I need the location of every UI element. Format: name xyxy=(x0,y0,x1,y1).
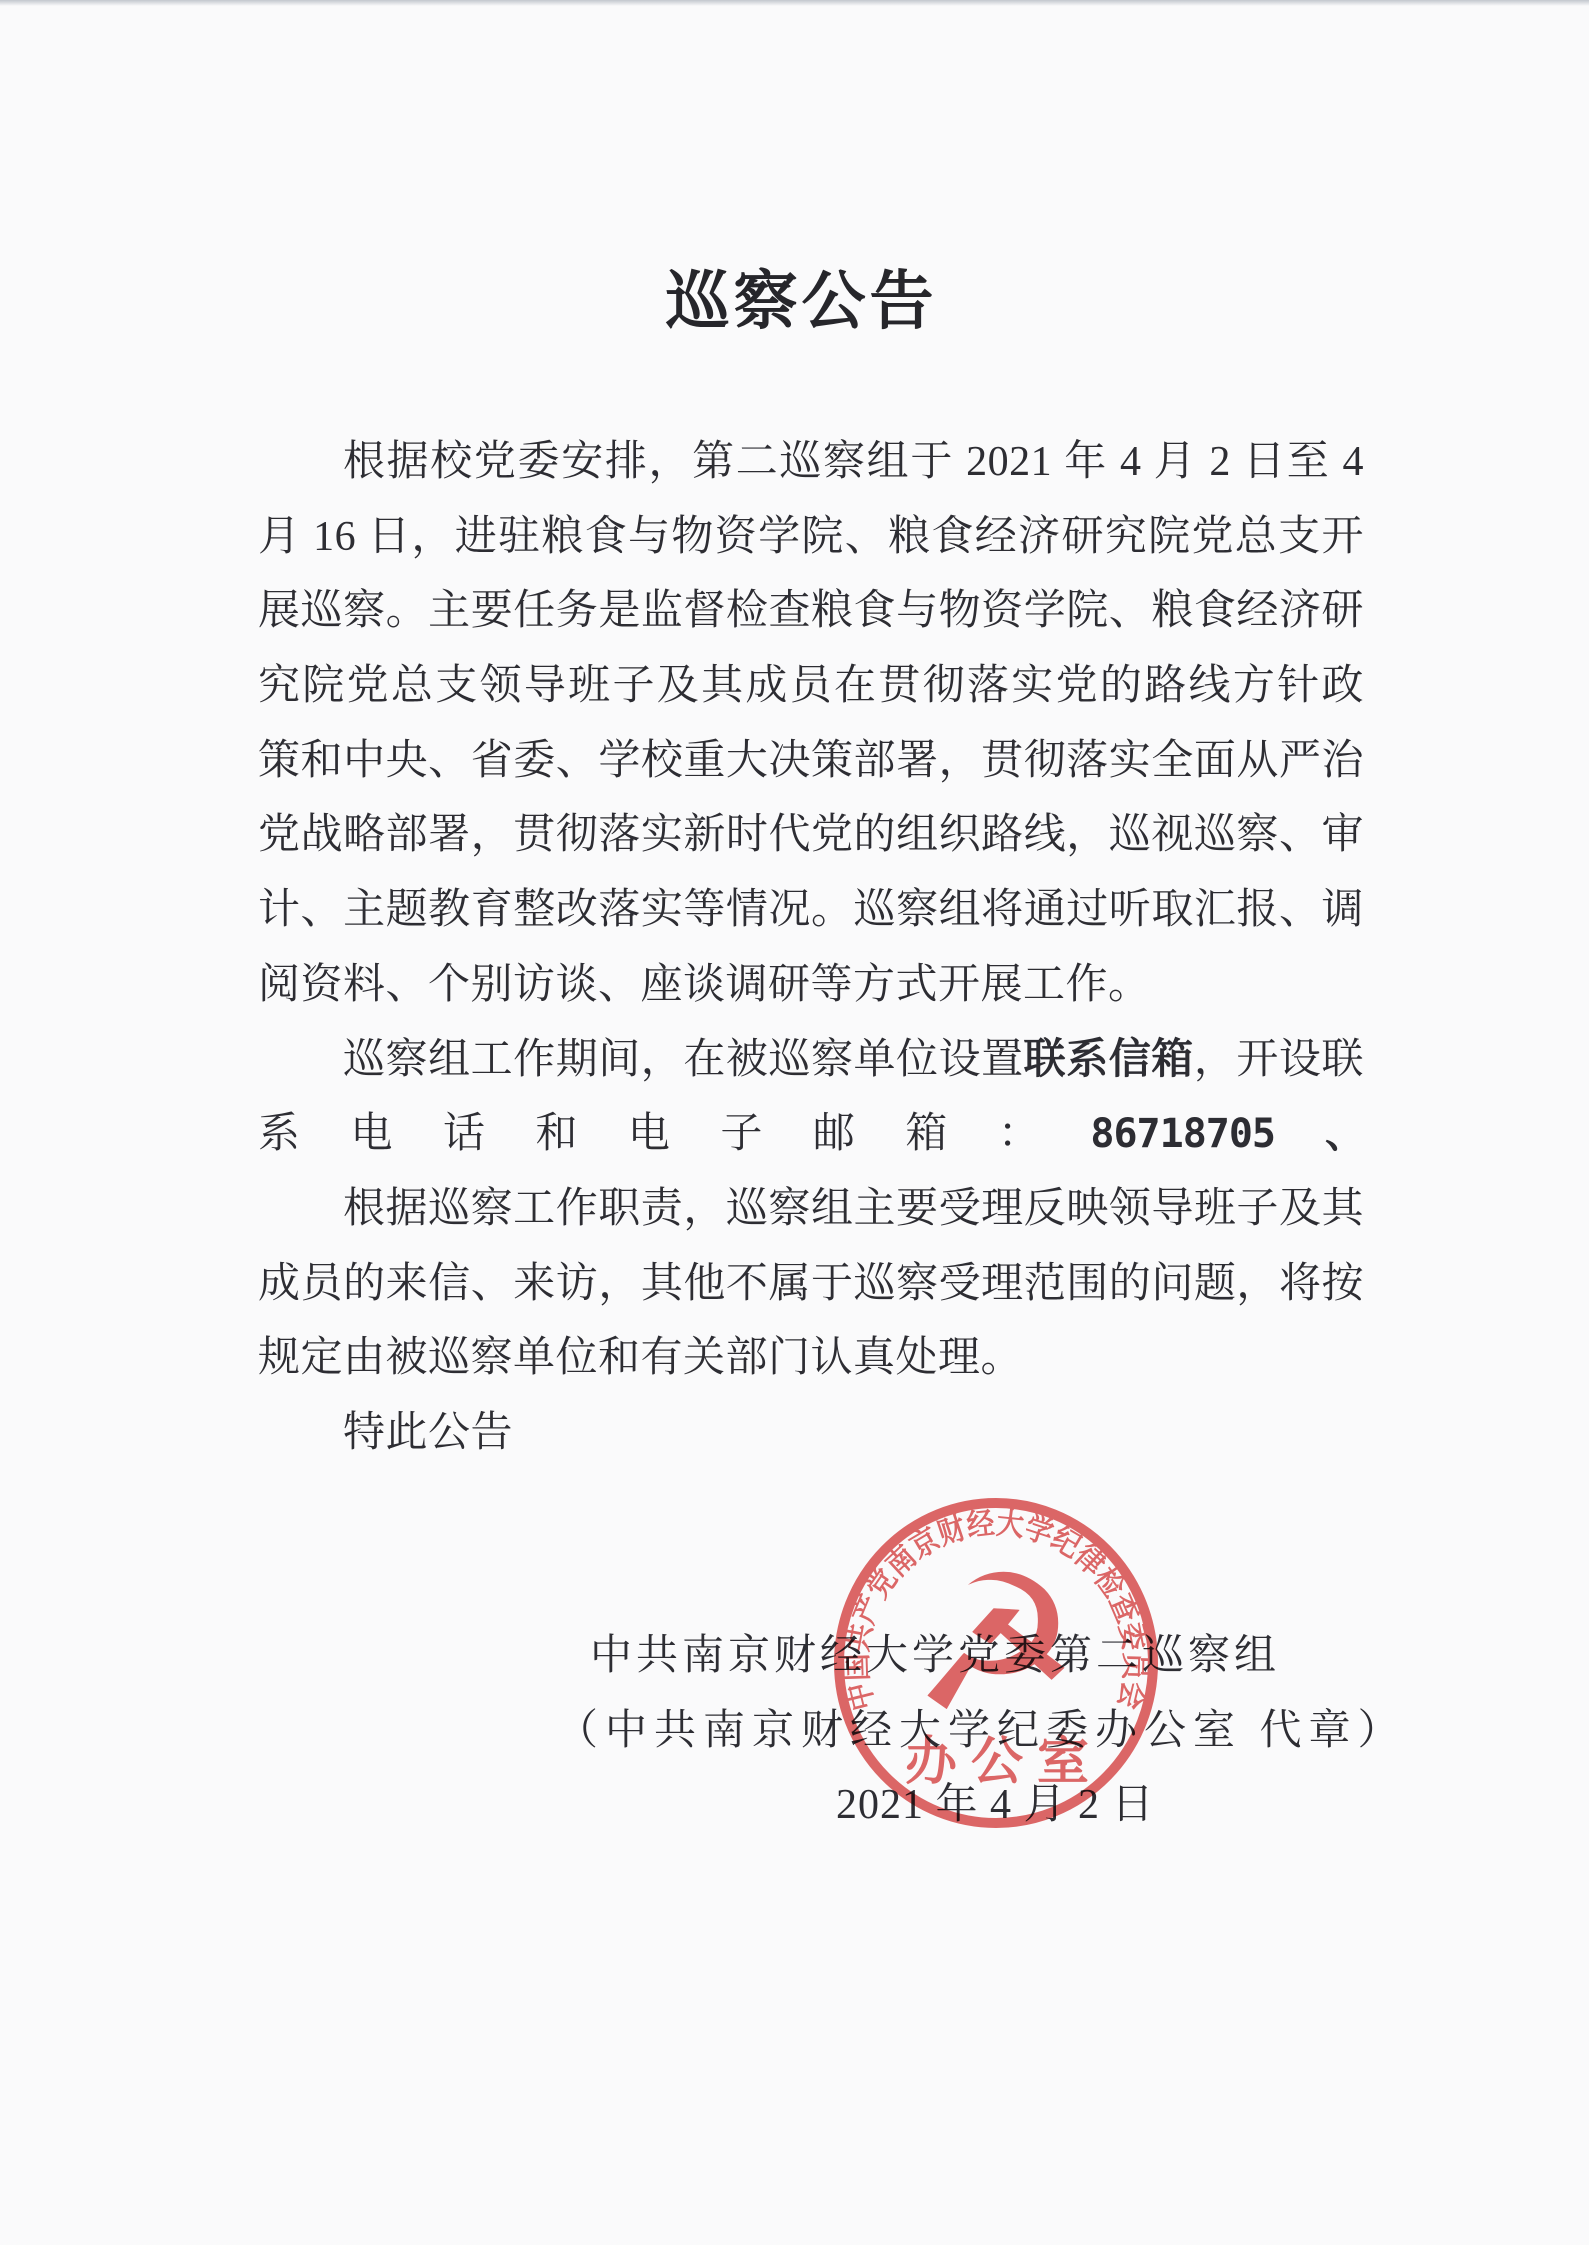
hammer-sickle-icon: ☭ xyxy=(912,1541,1081,1750)
body-line-10: 系电话和电子邮箱：86718705、jiweiban@nufe.edu.cn。 xyxy=(258,1097,1364,1172)
body-text-segment: 巡察组工作期间，在被巡察单位设置 xyxy=(343,1037,1024,1083)
signature-block: 中共南京财经大学党委第二巡察组 （中共南京财经大学纪委办公室 代章） 2021 … xyxy=(0,1619,1589,1843)
body-line-9: 巡察组工作期间，在被巡察单位设置联系信箱，开设联 xyxy=(258,1023,1364,1098)
body-line-7: 计、主题教育整改落实等情况。巡察组将通过听取汇报、调 xyxy=(258,873,1364,948)
document-title: 巡察公告 xyxy=(0,262,1589,342)
body-text-segment: 系电话和电子邮箱： xyxy=(258,1111,1090,1157)
seal-office-text: 办公室 xyxy=(905,1733,1103,1791)
signature-date: 2021 年 4 月 2 日 xyxy=(0,1768,1589,1843)
contact-mailbox-bold-label: 联系信箱 xyxy=(1024,1037,1194,1083)
official-seal: 中国共产党南京财经大学纪律检查委员会 ☭ 办公室 xyxy=(829,1495,1163,1833)
body-line-8: 阅资料、个别访谈、座谈调研等方式开展工作。 xyxy=(258,948,1364,1023)
body-line-6: 党战略部署，贯彻落实新时代党的组织路线，巡视巡察、审 xyxy=(258,798,1364,873)
document-body: 根据校党委安排，第二巡察组于 2021 年 4 月 2 日至 4 月 16 日，… xyxy=(258,425,1364,1471)
body-line-3: 展巡察。主要任务是监督检查粮食与物资学院、粮食经济研 xyxy=(258,574,1364,649)
signature-proxy-line: （中共南京财经大学纪委办公室 代章） xyxy=(0,1694,1589,1769)
body-line-5: 策和中央、省委、学校重大决策部署，贯彻落实全面从严治 xyxy=(258,724,1364,799)
body-line-12: 成员的来信、来访，其他不属于巡察受理范围的问题，将按 xyxy=(258,1247,1364,1322)
body-line-13: 规定由被巡察单位和有关部门认真处理。 xyxy=(258,1321,1364,1396)
signature-org-line: 中共南京财经大学党委第二巡察组 xyxy=(0,1619,1589,1694)
closing-line: 特此公告 xyxy=(258,1396,1364,1471)
scan-edge-artifact xyxy=(0,0,1589,6)
body-line-1: 根据校党委安排，第二巡察组于 2021 年 4 月 2 日至 4 xyxy=(258,425,1364,500)
scanned-document-page: 巡察公告 根据校党委安排，第二巡察组于 2021 年 4 月 2 日至 4 月 … xyxy=(0,0,1589,2245)
body-text-segment: ，开设联 xyxy=(1194,1037,1364,1083)
body-line-2: 月 16 日，进驻粮食与物资学院、粮食经济研究院党总支开 xyxy=(258,500,1364,575)
body-line-4: 究院党总支领导班子及其成员在贯彻落实党的路线方针政 xyxy=(258,649,1364,724)
body-line-11: 根据巡察工作职责，巡察组主要受理反映领导班子及其 xyxy=(258,1172,1364,1247)
